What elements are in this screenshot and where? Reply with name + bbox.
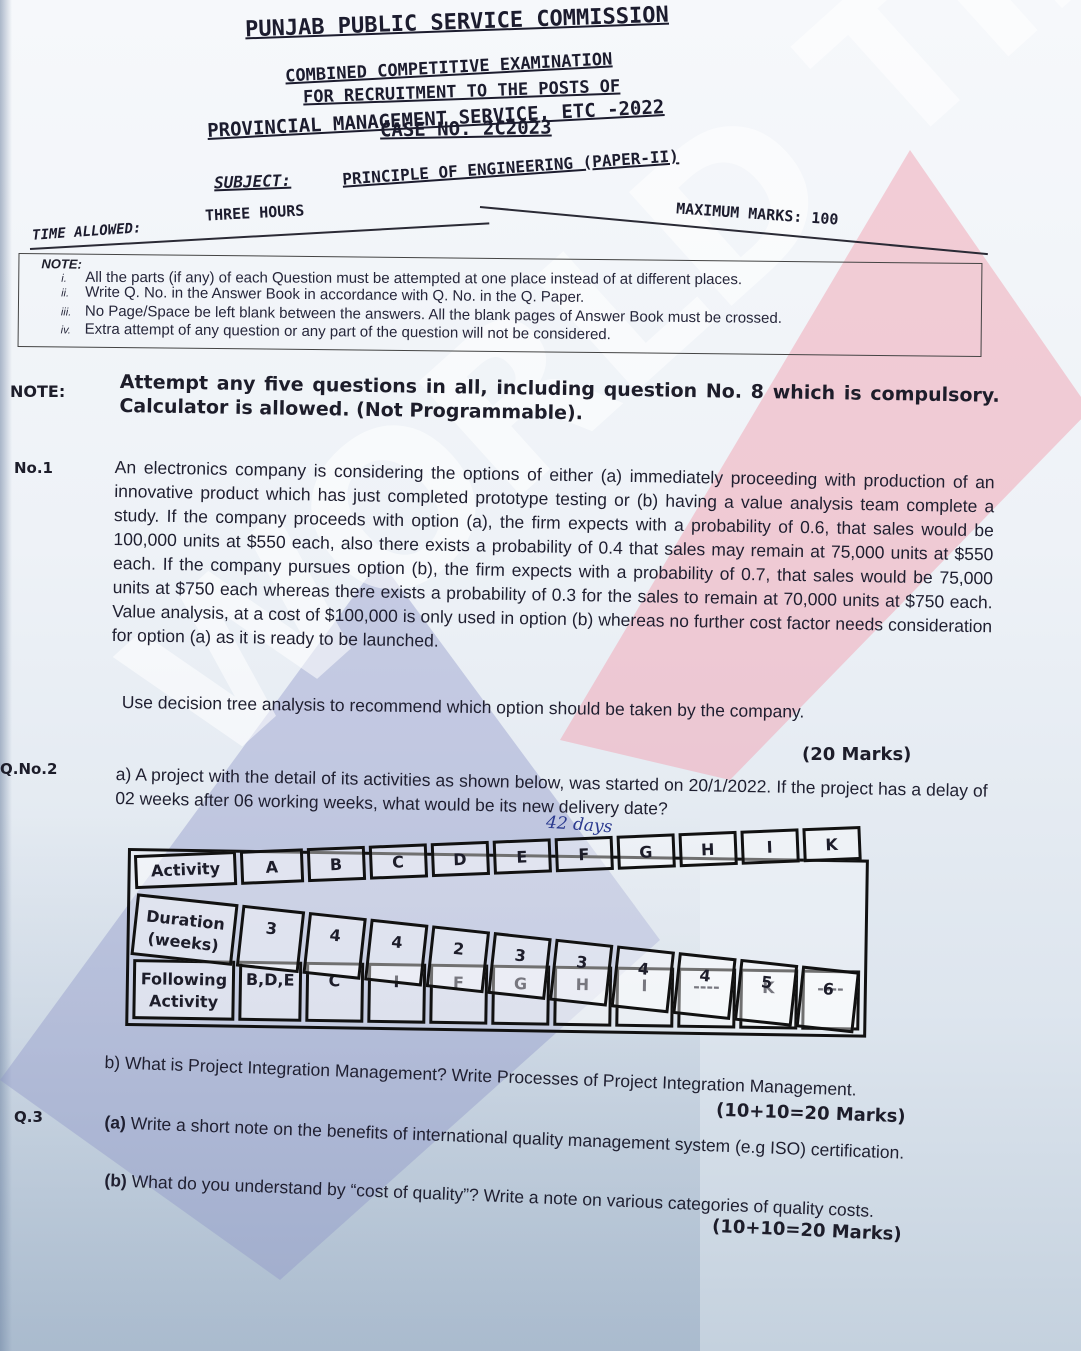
maximum-marks: MAXIMUM MARKS: 100 — [676, 199, 839, 228]
activity-cell: E — [492, 838, 551, 874]
case-number: CASE NO. 2C2023 — [380, 117, 552, 142]
handwritten-note: 42 days — [545, 813, 613, 838]
main-note-label: NOTE: — [10, 382, 65, 401]
table-row-activity: Activity A B C D E F G H I K — [134, 826, 861, 889]
duration-cell: 5 — [733, 959, 797, 1027]
activity-cell: H — [678, 831, 737, 867]
instructions-box: NOTE: i.All the parts (if any) of each Q… — [18, 253, 983, 357]
question-1-marks: (20 Marks) — [802, 744, 911, 765]
duration-cell: 3 — [549, 939, 613, 1007]
question-2-label: Q.No.2 — [0, 760, 57, 778]
activity-cell: K — [802, 826, 861, 862]
part-tag: (a) — [104, 1112, 126, 1133]
row-header: Activity — [134, 851, 237, 889]
duration-cell: 4 — [364, 919, 428, 987]
duration-cell: 3 — [236, 905, 305, 973]
row-header: Duration (weeks) — [130, 893, 238, 966]
duration-cell: 2 — [425, 925, 489, 993]
question-1-label: No.1 — [14, 459, 53, 477]
activity-cell: C — [368, 843, 427, 879]
part-tag: (b) — [104, 1170, 127, 1191]
activity-cell: A — [240, 848, 304, 884]
subject-label: SUBJECT: — [214, 171, 292, 193]
time-allowed-label: TIME ALLOWED: — [32, 220, 142, 244]
question-3b-text: What do you understand by “cost of quali… — [131, 1171, 874, 1221]
question-3-label: Q.3 — [14, 1108, 43, 1126]
activity-cell: B — [306, 846, 365, 882]
duration-cell: 4 — [672, 952, 736, 1020]
row-header: Following Activity — [132, 959, 235, 1021]
activity-cell: I — [740, 828, 799, 864]
activity-cell: G — [616, 833, 675, 869]
duration-cell: 6 — [795, 965, 859, 1033]
question-2b-text: b) What is Project Integration Managemen… — [104, 1050, 974, 1106]
org-title: PUNJAB PUBLIC SERVICE COMMISSION — [245, 3, 669, 43]
question-1-text: An electronics company is considering th… — [112, 455, 995, 662]
duration-cell: 3 — [487, 932, 551, 1000]
question-3b: (b) What do you understand by “cost of q… — [104, 1168, 972, 1227]
duration-cell: 4 — [610, 945, 674, 1013]
main-note-text: Attempt any five questions in all, inclu… — [119, 370, 1000, 432]
question-1-instruction: Use decision tree analysis to recommend … — [122, 690, 952, 726]
subject-value: PRINCIPLE OF ENGINEERING (PAPER-II) — [342, 146, 680, 188]
activity-table: Activity A B C D E F G H I K Duration (w… — [125, 848, 868, 1038]
duration-cell: 4 — [302, 912, 366, 980]
time-allowed-value: THREE HOURS — [205, 201, 305, 224]
activity-cell: F — [554, 836, 613, 872]
exam-paper: PUNJAB PUBLIC SERVICE COMMISSION COMBINE… — [0, 0, 1081, 1351]
activity-cell: D — [430, 841, 489, 877]
question-2-marks: (10+10=20 Marks) — [716, 1100, 906, 1128]
